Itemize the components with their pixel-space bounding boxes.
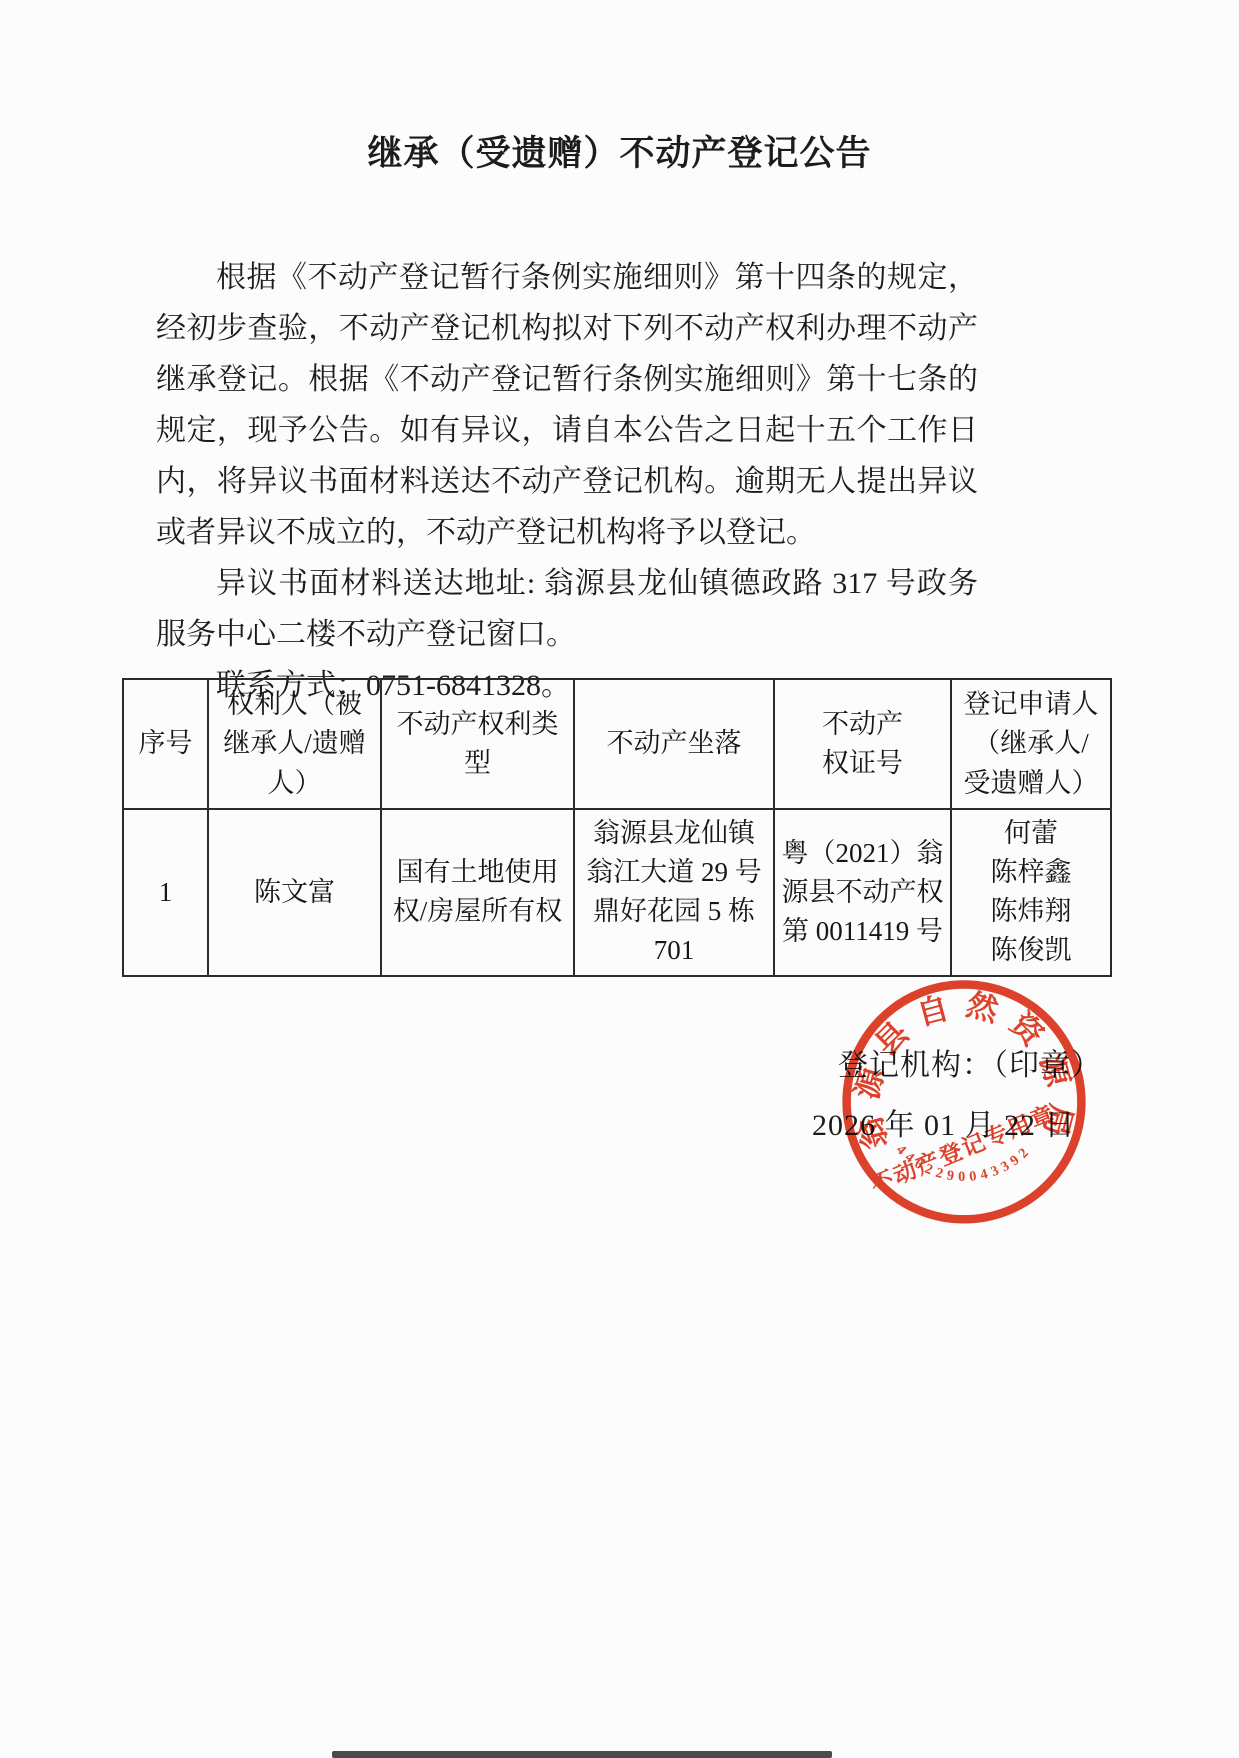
header-location: 不动产坐落 [574,679,774,809]
table-row: 1 陈文富 国有土地使用权/房屋所有权 翁源县龙仙镇翁江大道 29 号鼎好花园 … [123,809,1111,976]
seal-code-text: 4402290043392 [893,1142,1035,1185]
header-right-type: 不动产权利类型 [381,679,574,809]
table-header-row: 序号 权利人（被继承人/遗赠人） 不动产权利类型 不动产坐落 不动产 权证号 登… [123,679,1111,809]
registration-table: 序号 权利人（被继承人/遗赠人） 不动产权利类型 不动产坐落 不动产 权证号 登… [122,678,1112,977]
cell-right-type: 国有土地使用权/房屋所有权 [381,809,574,976]
announcement-date: 2026 年 01 月 22 日 [812,1100,1076,1144]
header-index: 序号 [123,679,208,809]
registration-authority-line: 登记机构：（印章） [838,1040,1102,1084]
paragraph-objection-address: 异议书面材料送达地址: 翁源县龙仙镇德政路 317 号政务服务中心二楼不动产登记… [156,558,978,660]
header-owner: 权利人（被继承人/遗赠人） [208,679,381,809]
header-applicant: 登记申请人 （继承人/ 受遗赠人） [951,679,1111,809]
page-title: 继承（受遗赠）不动产登记公告 [0,126,1239,176]
cell-location: 翁源县龙仙镇翁江大道 29 号鼎好花园 5 栋 701 [574,809,774,976]
scan-artifact-bar [332,1751,832,1758]
header-cert-no: 不动产 权证号 [774,679,951,809]
svg-text:4402290043392: 4402290043392 [893,1142,1035,1185]
cell-owner: 陈文富 [208,809,381,976]
cell-applicant: 何蕾 陈梓鑫 陈炜翔 陈俊凯 [951,809,1111,976]
document-page: 继承（受遗赠）不动产登记公告 根据《不动产登记暂行条例实施细则》第十四条的规定，… [0,0,1239,1758]
cell-index: 1 [123,809,208,976]
body-text: 根据《不动产登记暂行条例实施细则》第十四条的规定，经初步查验，不动产登记机构拟对… [156,252,978,711]
paragraph-regulation: 根据《不动产登记暂行条例实施细则》第十四条的规定，经初步查验，不动产登记机构拟对… [156,252,978,558]
cell-cert-no: 粤（2021）翁源县不动产权第 0011419 号 [774,809,951,976]
